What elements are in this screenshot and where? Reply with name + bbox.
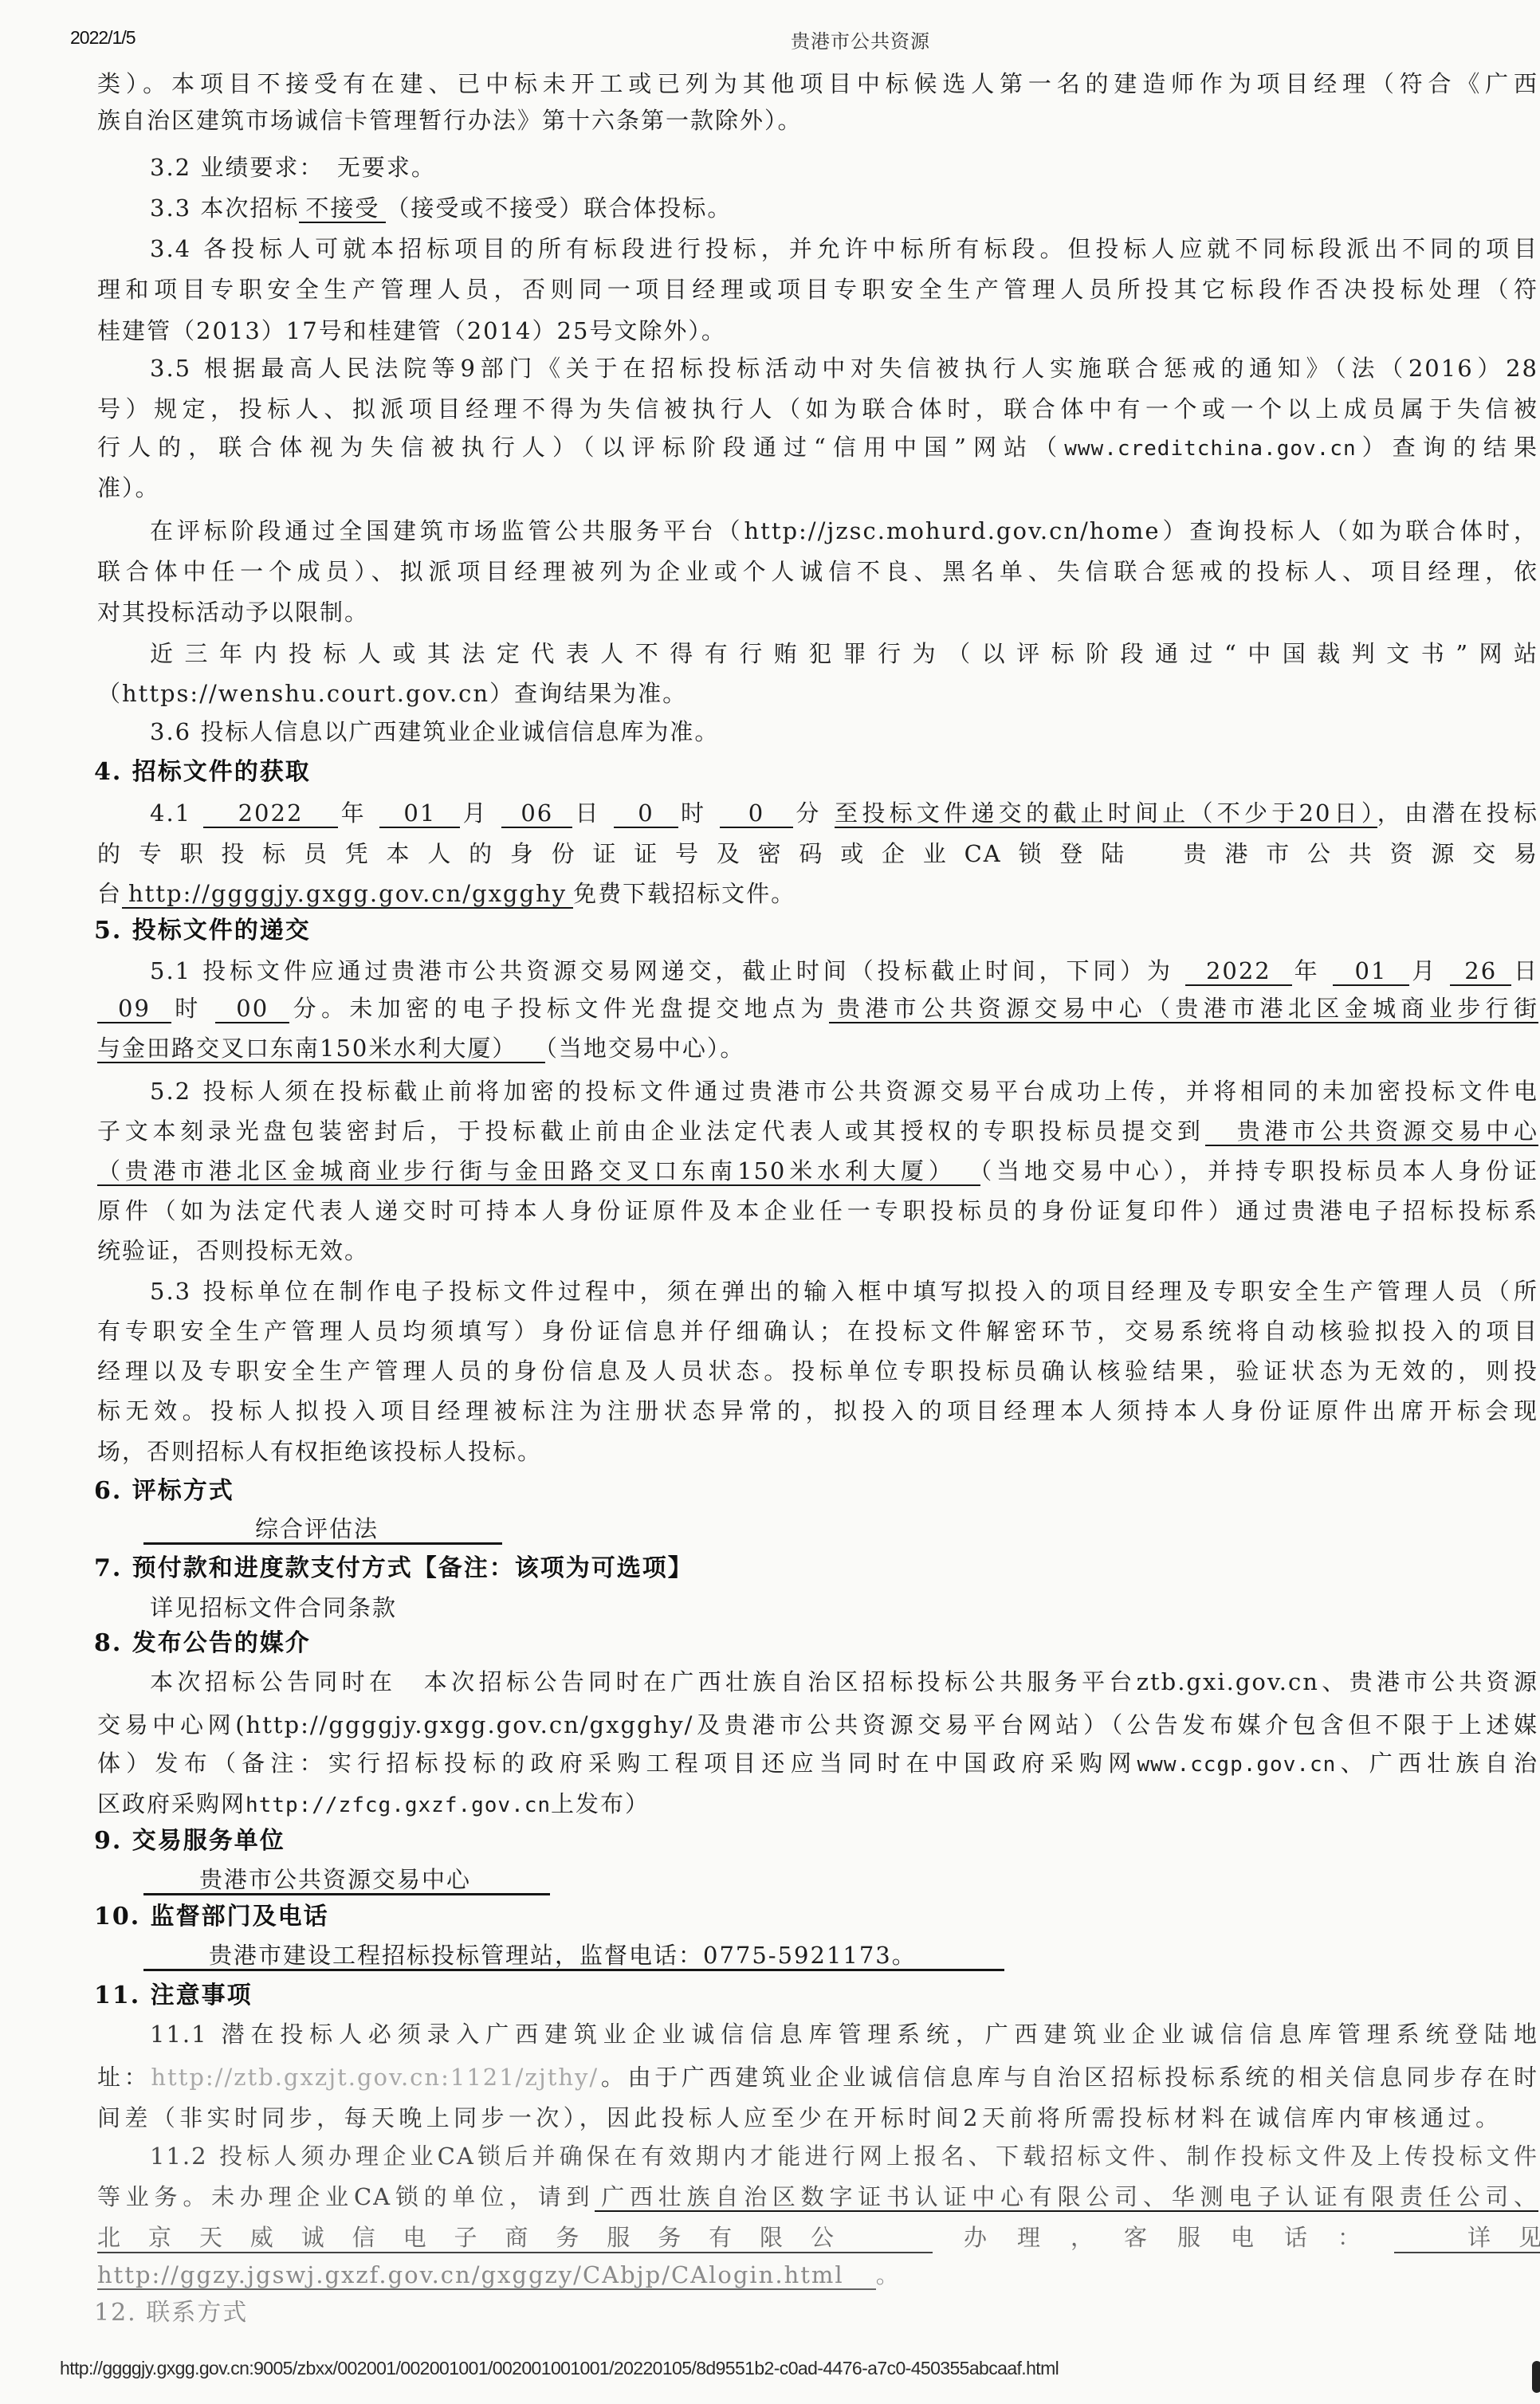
text-segment: 址： bbox=[97, 2064, 151, 2091]
delivery-place: 贵港市公共资源交易中心 bbox=[1205, 1118, 1538, 1146]
section-heading: 12. 联系方式 bbox=[94, 2297, 248, 2329]
text-segment: 。 bbox=[876, 2261, 901, 2288]
text-segment: ，由潜在投标 bbox=[1377, 799, 1538, 827]
scanned-document-page: 2022/1/5 贵港市公共资源 类）。本项目不接受有在建、已中标未开工或已列为… bbox=[0, 0, 1540, 2404]
item-3-5-line: 准）。 bbox=[97, 472, 160, 504]
item-3-4-line: 3.4 各投标人可就本招标项目的所有标段进行投标，并允许中标所有标段。但投标人应… bbox=[150, 233, 1538, 265]
print-footer-url: http://ggggjy.gxgg.gov.cn:9005/zbxx/0020… bbox=[60, 2358, 1059, 2379]
item-3-3-prefix: 3.3 本次招标 bbox=[150, 194, 299, 222]
text-segment: 行人的，联合体视为失信被执行人）（以评标阶段通过“信用中国”网站（ bbox=[97, 434, 1064, 461]
unit: 日 bbox=[572, 799, 603, 827]
section-heading: 4. 招标文件的获取 bbox=[94, 756, 311, 788]
item-5-3-line: 经理以及专职安全生产管理人员的身份信息及人员状态。投标单位专职投标员确认核验结果… bbox=[97, 1355, 1538, 1387]
item-4-1-line: 台http://ggggjy.gxgg.gov.cn/gxgghy免费下载招标文… bbox=[97, 878, 796, 909]
item-3-5-line: 行人的，联合体视为失信被执行人）（以评标阶段通过“信用中国”网站（www.cre… bbox=[97, 431, 1538, 463]
unit: 分 bbox=[793, 799, 823, 827]
unit: 月 bbox=[460, 799, 490, 827]
item-11-2-line: 等业务。未办理企业CA锁的单位，请到广西壮族自治区数字证书认证中心有限公司、华测… bbox=[97, 2181, 1538, 2213]
filled-blank-minute: 0 bbox=[720, 799, 793, 828]
download-url: http://ggggjy.gxgg.gov.cn/gxgghy bbox=[122, 880, 573, 909]
item-5-2-line: 子文本刻录光盘包装密封后，于投标截止前由企业法定代表人或其授权的专职投标员提交到… bbox=[97, 1115, 1538, 1147]
item-5-2-line: 5.2 投标人须在投标截止前将加密的投标文件通过贵港市公共资源交易平台成功上传，… bbox=[150, 1075, 1538, 1107]
text-segment: 未加密的电子投标文件光盘提交地点为 bbox=[349, 995, 828, 1022]
supervision-contact: 贵港市建设工程招标投标管理站，监督电话：0775-5921173。 bbox=[143, 1939, 1004, 1971]
service-unit: 贵港市公共资源交易中心 bbox=[143, 1864, 550, 1895]
platform-check-line: 在评标阶段通过全国建筑市场监管公共服务平台（http://jzsc.mohurd… bbox=[150, 515, 1538, 547]
media-line: 本次招标公告同时在 本次招标公告同时在广西壮族自治区招标投标公共服务平台ztb.… bbox=[150, 1666, 1538, 1698]
item-5-1-line: 09时 00分。未加密的电子投标文件光盘提交地点为贵港市公共资源交易中心（贵港市… bbox=[97, 992, 1538, 1024]
item-11-1-line: 间差（非实时同步，每天晚上同步一次），因此投标人应至少在开标时间2天前将所需投标… bbox=[97, 2102, 1500, 2134]
credit-system-url: http://ztb.gxzjt.gov.cn:1121/zjthy/ bbox=[151, 2064, 599, 2091]
joint-bid-value: 不接受 bbox=[299, 194, 386, 223]
section-heading: 6. 评标方式 bbox=[94, 1475, 234, 1507]
item-3-6: 3.6 投标人信息以广西建筑业企业诚信信息库为准。 bbox=[150, 716, 719, 748]
bribery-check-line: （https://wenshu.court.gov.cn）查询结果为准。 bbox=[97, 678, 687, 709]
item-3-4-line: 桂建管（2013）17号和桂建管（2014）25号文除外）。 bbox=[97, 315, 726, 347]
deadline-month: 01 bbox=[1333, 957, 1410, 986]
payment-terms: 详见招标文件合同条款 bbox=[150, 1592, 397, 1624]
unit: 年 bbox=[1292, 957, 1322, 984]
section-heading: 8. 发布公告的媒介 bbox=[94, 1628, 311, 1660]
paragraph-line: 族自治区建筑市场诚信卡管理暂行办法》第十六条第一款除外）。 bbox=[97, 104, 803, 136]
text-segment: （当地交易中心）。 bbox=[545, 1035, 744, 1062]
text-segment: 台 bbox=[97, 880, 122, 907]
text-segment: 上发布） bbox=[551, 1790, 650, 1817]
media-line: 区政府采购网http://zfcg.gxzf.gov.cn上发布） bbox=[97, 1788, 650, 1820]
deadline-day: 26 bbox=[1450, 957, 1511, 986]
ca-agencies: 广西壮族自治区数字证书认证中心有限公司、华测电子认证有限责任公司、 bbox=[595, 2183, 1538, 2212]
handle-label: 办理，客服电话： bbox=[964, 2221, 1362, 2253]
item-label: 4.1 bbox=[150, 799, 191, 827]
unit: 分。 bbox=[289, 995, 349, 1022]
item-5-3-line: 5.3 投标单位在制作电子投标文件过程中，须在弹出的输入框中填写拟投入的项目经理… bbox=[150, 1275, 1538, 1307]
ca-agency-beijing: 北京天威诚信电子商务服务有限公 bbox=[97, 2221, 933, 2253]
item-3-5-line: 号）规定，投标人、拟派项目经理不得为失信被执行人（如为联合体时，联合体中有一个或… bbox=[97, 393, 1538, 425]
item-3-2: 3.2 业绩要求： 无要求。 bbox=[150, 151, 436, 183]
service-phone-ref: 详见 bbox=[1394, 2221, 1540, 2253]
unit: 年 bbox=[338, 799, 368, 827]
filled-blank-day: 06 bbox=[501, 799, 572, 828]
text-segment: 子文本刻录光盘包装密封后，于投标截止前由企业法定代表人或其授权的专职投标员提交到 bbox=[97, 1118, 1205, 1145]
section-heading: 7. 预付款和进度款支付方式【备注：该项为可选项】 bbox=[94, 1553, 693, 1585]
item-3-3: 3.3 本次招标不接受（接受或不接受）联合体投标。 bbox=[150, 192, 732, 224]
item-3-4-line: 理和项目专职安全生产管理人员，否则同一项目经理或项目专职安全生产管理人员所投其它… bbox=[97, 273, 1538, 305]
item-4-1-line: 的专职投标员凭本人的身份证证号及密码或企业CA锁登陆 贵港市公共资源交易 bbox=[97, 838, 1538, 870]
platform-check-line: 联合体中任一个成员）、拟派项目经理被列为企业或个人诚信不良、黑名单、失信联合惩戒… bbox=[97, 556, 1538, 587]
item-5-1-line: 5.1 投标文件应通过贵港市公共资源交易网递交，截止时间（投标截止时间，下同）为… bbox=[150, 955, 1538, 987]
zfcg-url: http://zfcg.gxzf.gov.cn bbox=[246, 1793, 551, 1817]
ccgp-url: www.ccgp.gov.cn bbox=[1137, 1753, 1337, 1777]
text-segment: （当地交易中心），并持专职投标员本人身份证 bbox=[980, 1157, 1538, 1184]
submission-location: 与金田路交叉口东南150米水利大厦） bbox=[97, 1035, 545, 1063]
item-5-1-line: 与金田路交叉口东南150米水利大厦）（当地交易中心）。 bbox=[97, 1032, 744, 1064]
unit: 时 bbox=[678, 799, 709, 827]
evaluation-method: 综合评估法 bbox=[143, 1513, 502, 1545]
filled-blank-hour: 0 bbox=[614, 799, 678, 828]
deadline-hour: 09 bbox=[97, 995, 171, 1023]
unit: 时 bbox=[171, 995, 203, 1022]
bribery-check-line: 近三年内投标人或其法定代表人不得有行贿犯罪行为（以评标阶段通过“中国裁判文书”网… bbox=[150, 638, 1538, 670]
item-3-3-suffix: （接受或不接受）联合体投标。 bbox=[386, 194, 732, 222]
section-heading: 5. 投标文件的递交 bbox=[94, 915, 311, 947]
item-11-1-line: 址：http://ztb.gxzjt.gov.cn:1121/zjthy/。由于… bbox=[97, 2061, 1538, 2093]
section-heading: 9. 交易服务单位 bbox=[94, 1825, 285, 1857]
item-3-5-line: 3.5 根据最高人民法院等9部门《关于在招标投标活动中对失信被执行人实施联合惩戒… bbox=[150, 352, 1538, 384]
item-5-2-line: 统验证，否则投标无效。 bbox=[97, 1235, 369, 1267]
deadline-year: 2022 bbox=[1185, 957, 1292, 986]
item-4-1-line: 4.1 2022年 01月 06日 0时 0分 至投标文件递交的截止时间止（不少… bbox=[150, 797, 1538, 829]
download-period: 至投标文件递交的截止时间止（不少于20日） bbox=[835, 799, 1377, 828]
ca-login-url: http://ggzy.jgswj.gxzf.gov.cn/gxggzy/CAb… bbox=[97, 2261, 876, 2290]
deadline-minute: 00 bbox=[215, 995, 289, 1023]
text-segment: 体）发布（备注：实行招标投标的政府采购工程项目还应当同时在中国政府采购网 bbox=[97, 1750, 1137, 1777]
text-segment: 。由于广西建筑业企业诚信信息库与自治区招标投标系统的相关信息同步存在时 bbox=[599, 2064, 1538, 2091]
media-line: 体）发布（备注：实行招标投标的政府采购工程项目还应当同时在中国政府采购网www.… bbox=[97, 1747, 1538, 1779]
item-5-3-line: 有专职安全生产管理人员均须填写）身份证信息并仔细确认；在投标文件解密环节，交易系… bbox=[97, 1315, 1538, 1347]
filled-blank-month: 01 bbox=[379, 799, 460, 828]
delivery-address: （贵港市港北区金城商业步行街与金田路交叉口东南150米水利大厦） bbox=[97, 1157, 980, 1186]
text-segment: ）查询的结果 bbox=[1357, 434, 1538, 461]
text-segment: 免费下载招标文件。 bbox=[573, 880, 796, 907]
media-line: 交易中心网(http://ggggjy.gxgg.gov.cn/gxgghy/及… bbox=[97, 1709, 1538, 1741]
unit: 日 bbox=[1511, 957, 1538, 984]
section-heading: 10. 监督部门及电话 bbox=[94, 1901, 329, 1933]
unit: 月 bbox=[1409, 957, 1439, 984]
print-date: 2022/1/5 bbox=[70, 27, 136, 49]
text-segment: 等业务。未办理企业CA锁的单位，请到 bbox=[97, 2183, 595, 2210]
text-segment: 5.1 投标文件应通过贵港市公共资源交易网递交，截止时间（投标截止时间，下同）为 bbox=[150, 957, 1174, 984]
item-11-1-line: 11.1 潜在投标人必须录入广西建筑业企业诚信信息库管理系统，广西建筑业企业诚信… bbox=[150, 2018, 1538, 2050]
platform-check-line: 对其投标活动予以限制。 bbox=[97, 596, 369, 628]
text-segment: 、广西壮族自治 bbox=[1336, 1750, 1538, 1777]
submission-location: 贵港市公共资源交易中心（贵港市港北区金城商业步行街 bbox=[829, 995, 1538, 1023]
item-5-2-line: （贵港市港北区金城商业步行街与金田路交叉口东南150米水利大厦）（当地交易中心）… bbox=[97, 1155, 1538, 1187]
item-5-3-line: 场，否则招标人有权拒绝该投标人投标。 bbox=[97, 1436, 542, 1467]
section-heading: 11. 注意事项 bbox=[94, 1980, 253, 2012]
item-11-2-line: http://ggzy.jgswj.gxzf.gov.cn/gxggzy/CAb… bbox=[97, 2259, 901, 2291]
print-site-title: 贵港市公共资源 bbox=[791, 26, 930, 53]
item-5-3-line: 标无效。投标人拟投入项目经理被标注为注册状态异常的，拟投入的项目经理本人须持本人… bbox=[97, 1395, 1538, 1427]
item-11-2-line: 11.2 投标人须办理企业CA锁后并确保在有效期内才能进行网上报名、下载招标文件… bbox=[150, 2140, 1538, 2172]
filled-blank-year: 2022 bbox=[203, 799, 339, 828]
paragraph-line: 类）。本项目不接受有在建、已中标未开工或已列为其他项目中标候选人第一名的建造师作… bbox=[97, 68, 1538, 100]
item-5-2-line: 原件（如为法定代表人递交时可持本人身份证原件及本企业任一专职投标员的身份证复印件… bbox=[97, 1195, 1538, 1227]
scan-artifact bbox=[1532, 2361, 1540, 2393]
text-segment: 区政府采购网 bbox=[97, 1790, 246, 1817]
creditchina-url: www.creditchina.gov.cn bbox=[1064, 437, 1356, 461]
